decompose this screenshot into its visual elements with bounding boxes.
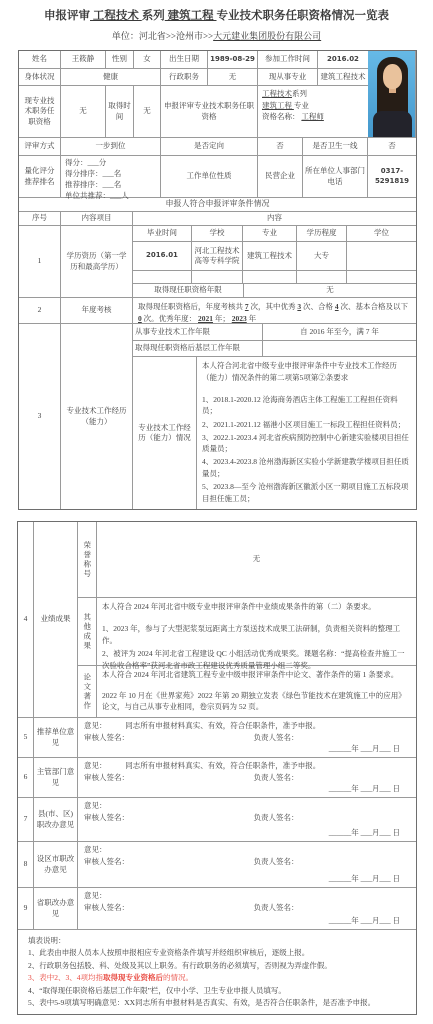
reviewer-sign-label: 审核人签名：: [84, 773, 254, 783]
obtain-time-label: 取得时间: [106, 86, 134, 138]
opinion-text: 意见：: [84, 891, 410, 901]
experience-item: 3、2022.1-2023.4 河北省疾病预防控制中心新建实验楼项目担任质量员；: [202, 432, 411, 455]
col-item-header: 内容项目: [61, 212, 133, 226]
opinion-date-blank: ______年 ___月___ 日: [84, 744, 410, 754]
form-title: 申报评审 工程技术 系列 建筑工程 专业技术职务任职资格情况一览表: [0, 9, 433, 25]
papers-intro: 本人符合 2024 年河北省建筑工程专业中级申报评审条件中论文、著作条件的第 1…: [102, 669, 411, 681]
experience-requirement: 本人符合河北省中级专业申报评审条件中专业技术工作经历（能力）情况条件的第二项第5…: [202, 360, 411, 383]
school-header: 学校: [192, 226, 243, 242]
leader-sign-label: 负责人签名：: [254, 773, 299, 783]
review-method-value: 一步到位: [61, 138, 161, 156]
major-value: 建筑工程技术: [243, 242, 297, 271]
note-item-2: 2、行政职务包括股、科、处级及其以上职务。有行政职务的必须填写，否则视为弄虚作假…: [28, 960, 406, 972]
form-page: 申报评审 工程技术 系列 建筑工程 专业技术职务任职资格情况一览表 单位：河北省…: [0, 0, 433, 1024]
papers-label: 论文著作: [78, 666, 97, 718]
opinion-label: 主管部门意见: [34, 758, 78, 798]
degree-header: 学位: [347, 226, 416, 242]
honor-value: 无: [97, 522, 416, 598]
row-basic-3: 现专业技术职务任职资格 无 取得时间 无 申报评审专业技术职务任职资格 工程技术…: [19, 86, 368, 138]
hr-phone-value: 0317-5291819: [368, 156, 416, 198]
opinion-label: 推荐单位意见: [34, 718, 78, 758]
leader-sign-label: 负责人签名：: [254, 903, 299, 913]
experience-item: 5、2023.8—至今 沧州渤海新区徽派小区一期项目施工五标段项目担任施工员；: [202, 481, 411, 504]
education-data-row: 2016.01 河北工程技术高等专科学院 建筑工程技术 大专: [133, 242, 416, 271]
notes-block: 填表说明： 1、此表由申报人员本人按照申报相应专业资格条件填写并经组织审核后，逐…: [18, 930, 416, 1014]
score-rank-value: 得分：___分 得分排序：___名 推荐排序：___名 单位共推荐：___人: [61, 156, 161, 198]
opinion-text: 意见：: [84, 801, 410, 811]
unit-line: 单位：河北省>>沧州市>>大元建业集团股份有限公司: [0, 30, 433, 42]
achievements-opinions-table: 4 业绩成果 荣誉称号 无 其他成果 本人符合 2024 年河北省中级专业申报评…: [17, 521, 417, 1015]
gender-value: 女: [134, 51, 161, 69]
note-item-5: 5、表中5-9项填写明确意见：XX同志所有申报材料是否真实、有效，是否符合任职条…: [28, 997, 406, 1009]
health-label: 身体状况: [19, 69, 61, 86]
apply-series: 工程技术系列: [262, 88, 364, 100]
qualification-years-row: 取得现任职资格年限 无: [133, 284, 416, 298]
reviewer-sign-label: 审核人签名：: [84, 813, 254, 823]
admin-value: 无: [208, 69, 258, 86]
frontline-value: 否: [368, 138, 416, 156]
empty-cell: [133, 271, 192, 284]
spacer: [102, 613, 411, 622]
name-label: 姓名: [19, 51, 61, 69]
papers-detail: 2022 年 10 月在《世界家苑》2022 年第 20 期独立发表《绿色节能技…: [102, 690, 411, 713]
frontline-label: 是否卫生一线: [303, 138, 368, 156]
note-item-4: 4、“取得现任职资格后基层工作年限”栏，仅中小学、卫生专业申报人员填写。: [28, 985, 406, 997]
opinion-label: 设区市职改办意见: [34, 842, 78, 888]
notes-title: 填表说明：: [28, 935, 406, 947]
apply-title-value: 工程技术系列 建筑工程 专业 资格名称： 工程师: [258, 86, 368, 138]
apply-title-label: 申报评审专业技术职务任职资格: [161, 86, 258, 138]
grad-time-value: 2016.01: [133, 242, 192, 271]
grad-time-header: 毕业时间: [133, 226, 192, 242]
row-opinion-city: 8 设区市职改办意见 意见： 审核人签名：负责人签名： ______年 ___月…: [18, 842, 416, 888]
health-value: 健康: [61, 69, 161, 86]
current-title-value: 无: [61, 86, 106, 138]
education-label: 学历资历（第一学历和最高学历）: [61, 226, 133, 298]
opinion-date-blank: ______年 ___月___ 日: [84, 916, 410, 926]
education-no: 1: [19, 226, 61, 298]
unit-type-value: 民营企业: [258, 156, 303, 198]
reviewer-sign-label: 审核人签名：: [84, 733, 254, 743]
education-empty-row: [133, 271, 416, 284]
unit-type-label: 工作单位性质: [161, 156, 258, 198]
opinion-date-blank: ______年 ___月___ 日: [84, 784, 410, 794]
degree-level-value: 大专: [297, 242, 347, 271]
row-annual-assessment: 2 年度考核 取得现任职资格后，年度考核共 7 次，其中优秀 3 次、合格 4 …: [19, 298, 416, 324]
spacer: [102, 681, 411, 690]
work-years-label: 从事专业技术工作年限: [133, 324, 263, 341]
experience-situation-label: 专业技术工作经历（能力）情况: [133, 357, 197, 509]
papers-content: 本人符合 2024 年河北省建筑工程专业中级申报评审条件中论文、著作条件的第 1…: [97, 666, 416, 718]
photo-torso: [373, 111, 412, 138]
qualification-years-label: 取得现任职资格年限: [133, 284, 244, 298]
degree-level-header: 学历程度: [297, 226, 347, 242]
empty-cell: [192, 271, 243, 284]
birth-value: 1989-08-29: [208, 51, 258, 69]
experience-situation-content: 本人符合河北省中级专业申报评审条件中专业技术工作经历（能力）情况条件的第二项第5…: [197, 357, 416, 509]
assessment-label: 年度考核: [61, 298, 133, 324]
profession-value: 建筑工程技术: [318, 69, 368, 86]
other-achievements-intro: 本人符合 2024 年河北省中级专业申报评审条件中业绩成果条件的第（二）条要求。: [102, 601, 411, 613]
base-years-row: 取得现任职资格后基层工作年限: [133, 341, 416, 357]
assessment-no: 2: [19, 298, 61, 324]
empty-cell: [297, 271, 347, 284]
degree-value: [347, 242, 416, 271]
birth-label: 出生日期: [161, 51, 208, 69]
score-line: 得分：___分: [65, 158, 156, 169]
qualification-years-value: 无: [244, 284, 416, 298]
row-education: 1 学历资历（第一学历和最高学历） 毕业时间 学校 专业 学历程度 学位 201…: [19, 226, 416, 298]
apply-qualification-name: 资格名称： 工程师: [262, 111, 364, 123]
row-review-method: 评审方式 一步到位 是否定向 否 是否卫生一线 否: [19, 138, 416, 156]
opinion-date-blank: ______年 ___月___ 日: [84, 828, 410, 838]
targeted-label: 是否定向: [161, 138, 258, 156]
row-notes: 填表说明： 1、此表由申报人员本人按照申报相应专业资格条件填写并经组织审核后，逐…: [18, 930, 416, 1014]
opinion-content: 意见： 同志所有申报材料真实、有效，符合任职条件，准予申报。 审核人签名：负责人…: [78, 718, 416, 758]
opinion-text: 意见： 同志所有申报材料真实、有效，符合任职条件，准予申报。: [84, 761, 410, 771]
row-basic-2: 身体状况 健康 行政职务 无 现从事专业 建筑工程技术: [19, 69, 368, 86]
reviewer-sign-label: 审核人签名：: [84, 857, 254, 867]
honor-label: 荣誉称号: [78, 522, 97, 598]
opinion-no: 9: [18, 888, 34, 930]
admin-label: 行政职务: [161, 69, 208, 86]
review-method-label: 评审方式: [19, 138, 61, 156]
row-opinion-recommend: 5 推荐单位意见 意见： 同志所有申报材料真实、有效，符合任职条件，准予申报。 …: [18, 718, 416, 758]
opinion-content: 意见： 审核人签名：负责人签名： ______年 ___月___ 日: [78, 842, 416, 888]
experience-item: 2、2021.1-2021.12 福港小区项目施工一标段工程担任资料员；: [202, 419, 411, 431]
papers-row: 论文著作 本人符合 2024 年河北省建筑工程专业中级申报评审条件中论文、著作条…: [78, 666, 416, 718]
apply-major: 建筑工程 专业: [262, 100, 364, 112]
hr-phone-label: 所在单位人事部门电话: [303, 156, 368, 198]
opinion-no: 8: [18, 842, 34, 888]
opinion-no: 7: [18, 798, 34, 842]
opinion-no: 6: [18, 758, 34, 798]
other-achievements-label: 其他成果: [78, 598, 97, 666]
other-achievements-row: 其他成果 本人符合 2024 年河北省中级专业申报评审条件中业绩成果条件的第（二…: [78, 598, 416, 666]
opinion-no: 5: [18, 718, 34, 758]
row-opinion-department: 6 主管部门意见 意见： 同志所有申报材料真实、有效，符合任职条件，准予申报。 …: [18, 758, 416, 798]
profession-label: 现从事专业: [258, 69, 318, 86]
photo-face: [383, 64, 402, 89]
empty-cell: [243, 271, 297, 284]
opinion-content: 意见： 审核人签名：负责人签名： ______年 ___月___ 日: [78, 798, 416, 842]
leader-sign-label: 负责人签名：: [254, 813, 299, 823]
achievements-label: 业绩成果: [34, 522, 78, 718]
achievements-no: 4: [18, 522, 34, 718]
spacer: [202, 383, 411, 392]
row-section-header: 申报人符合申报评审条件情况: [19, 198, 416, 212]
other-achievements-label-text: 其他成果: [83, 611, 91, 653]
other-achievement-item: 1、2023 年，参与了大型泥浆泵远距离土方泵送技术成果工法研制，负责相关资料的…: [102, 623, 411, 646]
opinion-date-blank: ______年 ___月___ 日: [84, 874, 410, 884]
work-years-value: 自 2016 年至今，满 7 年: [263, 324, 416, 341]
base-years-label: 取得现任职资格后基层工作年限: [133, 341, 263, 357]
leader-sign-label: 负责人签名：: [254, 857, 299, 867]
education-header-row: 毕业时间 学校 专业 学历程度 学位: [133, 226, 416, 242]
reviewer-sign-label: 审核人签名：: [84, 903, 254, 913]
col-content-header: 内容: [133, 212, 416, 226]
assessment-text: 取得现任职资格后，年度考核共 7 次，其中优秀 3 次、合格 4 次、基本合格及…: [133, 298, 416, 324]
work-years-row: 从事专业技术工作年限 自 2016 年至今，满 7 年: [133, 324, 416, 341]
experience-detail-row: 专业技术工作经历（能力）情况 本人符合河北省中级专业申报评审条件中专业技术工作经…: [133, 357, 416, 509]
join-value: 2016.02: [318, 51, 368, 69]
row-achievements: 4 业绩成果 荣誉称号 无 其他成果 本人符合 2024 年河北省中级专业申报评…: [18, 522, 416, 718]
join-label: 参加工作时间: [258, 51, 318, 69]
name-value: 王筱静: [61, 51, 106, 69]
gender-label: 性别: [106, 51, 134, 69]
top-block: 姓名 王筱静 性别 女 出生日期 1989-08-29 参加工作时间 2016.…: [19, 51, 416, 138]
row-work-experience: 3 专业技术工作经历（能力） 从事专业技术工作年限 自 2016 年至今，满 7…: [19, 324, 416, 509]
opinion-label: 省职改办意见: [34, 888, 78, 930]
papers-label-text: 论文著作: [83, 671, 91, 713]
honor-label-text: 荣誉称号: [83, 539, 91, 581]
experience-no: 3: [19, 324, 61, 509]
opinion-content: 意见： 审核人签名：负责人签名： ______年 ___月___ 日: [78, 888, 416, 930]
note-item-3: 3、表中2、3、4项均指取得现专业资格后的情况。: [28, 972, 406, 984]
score-rank-label: 量化评分推荐排名: [19, 156, 61, 198]
school-value: 河北工程技术高等专科学院: [192, 242, 243, 271]
targeted-value: 否: [258, 138, 303, 156]
opinion-text: 意见：: [84, 845, 410, 855]
row-score: 量化评分推荐排名 得分：___分 得分排序：___名 推荐排序：___名 单位共…: [19, 156, 416, 198]
score-order-line: 得分排序：___名: [65, 169, 156, 180]
opinion-content: 意见： 同志所有申报材料真实、有效，符合任职条件，准予申报。 审核人签名：负责人…: [78, 758, 416, 798]
recommend-order-line: 推荐排序：___名: [65, 180, 156, 191]
experience-item: 4、2023.4-2023.8 沧州渤海新区实验小学新建教学楼项目担任质量员；: [202, 456, 411, 479]
empty-cell: [347, 271, 416, 284]
row-opinion-province: 9 省职改办意见 意见： 审核人签名：负责人签名： ______年 ___月__…: [18, 888, 416, 930]
col-no-header: 序号: [19, 212, 61, 226]
major-header: 专业: [243, 226, 297, 242]
row-columns-header: 序号 内容项目 内容: [19, 212, 416, 226]
opinion-text: 意见： 同志所有申报材料真实、有效，符合任职条件，准予申报。: [84, 721, 410, 731]
honor-row: 荣誉称号 无: [78, 522, 416, 598]
section-header: 申报人符合申报评审条件情况: [19, 198, 416, 212]
current-title-label: 现专业技术职务任职资格: [19, 86, 61, 138]
obtain-time-value: 无: [134, 86, 161, 138]
note-item-1: 1、此表由申报人员本人按照申报相应专业资格条件填写并经组织审核后，逐级上报。: [28, 947, 406, 959]
row-basic-1: 姓名 王筱静 性别 女 出生日期 1989-08-29 参加工作时间 2016.…: [19, 51, 368, 69]
experience-item: 1、2018.1-2020.12 沧海商务酒店主体工程施工工程担任资料员；: [202, 394, 411, 417]
other-achievements-content: 本人符合 2024 年河北省中级专业申报评审条件中业绩成果条件的第（二）条要求。…: [97, 598, 416, 666]
main-info-table: 姓名 王筱静 性别 女 出生日期 1989-08-29 参加工作时间 2016.…: [18, 50, 417, 510]
base-years-value: [263, 341, 416, 357]
leader-sign-label: 负责人签名：: [254, 733, 299, 743]
experience-label: 专业技术工作经历（能力）: [61, 324, 133, 509]
row-opinion-county: 7 县(市、区)职改办意见 意见： 审核人签名：负责人签名： ______年 _…: [18, 798, 416, 842]
applicant-photo: [368, 51, 416, 138]
opinion-label: 县(市、区)职改办意见: [34, 798, 78, 842]
